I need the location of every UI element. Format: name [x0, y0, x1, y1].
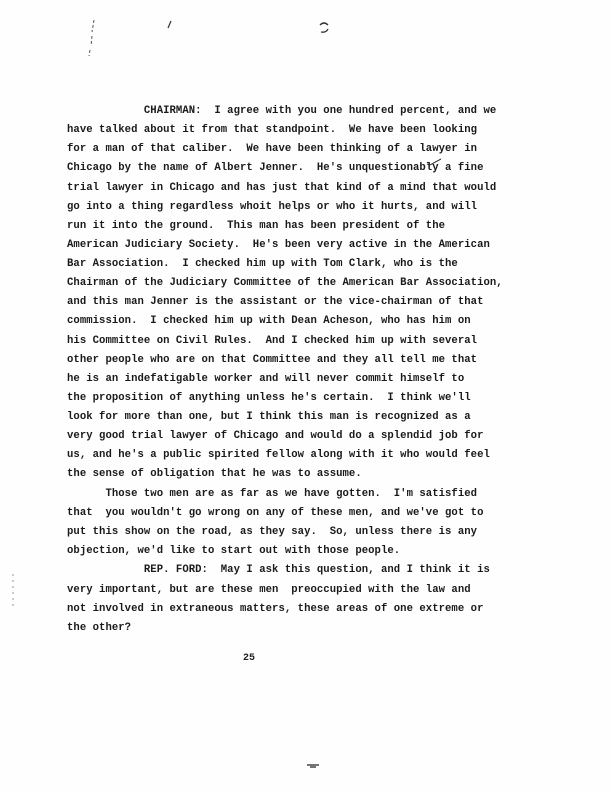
text-line: REP. FORD: May I ask this question, and … [67, 564, 490, 576]
text-line: commission. I checked him up with Dean A… [67, 315, 471, 327]
text-line: he is an indefatigable worker and will n… [67, 373, 464, 385]
text-line: Chairman of the Judiciary Committee of t… [67, 277, 503, 289]
text-line: and this man Jenner is the assistant or … [67, 296, 483, 308]
text-line: put this show on the road, as they say. … [67, 526, 477, 538]
text-line: other people who are on that Committee a… [67, 354, 477, 366]
text-line: for a man of that caliber. We have been … [67, 143, 477, 155]
text-line: CHAIRMAN: I agree with you one hundred p… [67, 105, 496, 117]
text-line: his Committee on Civil Rules. And I chec… [67, 335, 477, 347]
text-line: go into a thing regardless whoit helps o… [67, 201, 477, 213]
text-line: have talked about it from that standpoin… [67, 124, 477, 136]
bottom-smudge-mark-icon [306, 763, 320, 769]
text-line: very good trial lawyer of Chicago and wo… [67, 430, 483, 442]
circle-mark-icon [316, 20, 332, 36]
text-line: Bar Association. I checked him up with T… [67, 258, 458, 270]
text-line: Those two men are as far as we have gott… [67, 488, 477, 500]
margin-scratch-mark-icon [10, 572, 16, 612]
text-line: the other? [67, 622, 131, 634]
text-line: run it into the ground. This man has bee… [67, 220, 445, 232]
text-line: that you wouldn't go wrong on any of the… [67, 507, 483, 519]
text-line: American Judiciary Society. He's been ve… [67, 239, 490, 251]
text-line: the sense of obligation that he was to a… [67, 468, 362, 480]
text-line: trial lawyer in Chicago and has just tha… [67, 182, 496, 194]
text-line: not involved in extraneous matters, thes… [67, 603, 483, 615]
text-line: look for more than one, but I think this… [67, 411, 471, 423]
page-number: 25 [243, 653, 255, 664]
tick-mark-icon [165, 20, 173, 30]
margin-scratch-mark-icon [88, 18, 98, 58]
text-line: objection, we'd like to start out with t… [67, 545, 400, 557]
text-line: the proposition of anything unless he's … [67, 392, 471, 404]
text-line: very important, but are these men preocc… [67, 584, 471, 596]
text-line: Chicago by the name of Albert Jenner. He… [67, 162, 483, 174]
text-line: us, and he's a public spirited fellow al… [67, 449, 490, 461]
document-page: CHAIRMAN: I agree with you one hundred p… [0, 0, 612, 791]
